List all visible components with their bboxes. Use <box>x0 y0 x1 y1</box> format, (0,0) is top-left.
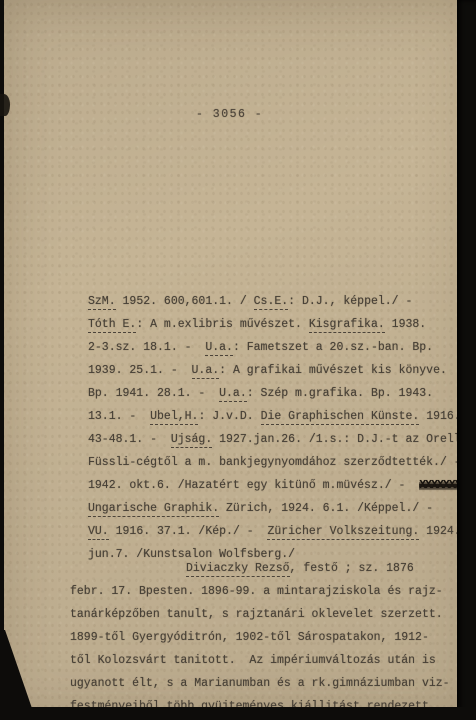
text-segment: : A m.exlibris művészet. <box>136 318 309 331</box>
entry-block: Diviaczky Rezső, festő ; sz. 1876febr. 1… <box>70 557 450 718</box>
text-line: Bp. 1941. 28.1. - U.a.: Szép m.grafika. … <box>88 382 461 405</box>
text-line: febr. 17. Bpesten. 1896-99. a mintarajzi… <box>70 580 450 603</box>
page-number: - 3056 - <box>196 108 263 121</box>
scanned-page: - 3056 - SzM. 1952. 600,601.1. / Cs.E.: … <box>0 0 476 720</box>
underlined-text: Kisgrafika. <box>309 318 385 333</box>
text-line: től Kolozsvárt tanitott. Az impériumvált… <box>70 649 450 672</box>
underlined-text: Diviaczky Rezső <box>186 562 290 577</box>
text-segment: 1916. <box>419 410 460 423</box>
text-line: SzM. 1952. 600,601.1. / Cs.E.: D.J., kép… <box>88 290 461 313</box>
underlined-text: Ungarische Graphik. <box>88 502 219 517</box>
text-line: 1942. okt.6. /Hazatért egy kitünő m.müvé… <box>88 474 461 497</box>
text-segment: : Szép m.grafika. Bp. 1943. <box>247 387 433 400</box>
scan-edge-right <box>457 0 476 720</box>
text-segment: ugyanott élt, s a Marianumban és a rk.gi… <box>70 677 450 690</box>
struck-text: XXXXXXX <box>419 479 460 492</box>
text-segment: 2-3.sz. 18.1. - <box>88 341 205 354</box>
text-segment: , festő ; sz. 1876 <box>290 562 414 575</box>
text-segment: : A grafikai művészet kis könyve. <box>219 364 447 377</box>
underlined-text: Die Graphischen Künste. <box>261 410 420 425</box>
text-segment: 1952. 600,601.1. / <box>116 295 254 308</box>
text-segment: Bp. 1941. 28.1. - <box>88 387 219 400</box>
text-segment: 1942. okt.6. /Hazatért egy kitünő m.müvé… <box>88 479 419 492</box>
text-line: Ungarische Graphik. Zürich, 1924. 6.1. /… <box>88 497 461 520</box>
text-segment: : J.v.D. <box>198 410 260 423</box>
scan-edge-bottom <box>0 707 476 720</box>
underlined-text: Züricher Volkszeitung. <box>267 525 419 540</box>
underlined-text: U.a. <box>219 387 247 402</box>
text-line: 2-3.sz. 18.1. - U.a.: Fametszet a 20.sz.… <box>88 336 461 359</box>
text-line: 13.1. - Ubel,H.: J.v.D. Die Graphischen … <box>88 405 461 428</box>
text-segment: febr. 17. Bpesten. 1896-99. a mintarajzi… <box>70 585 443 598</box>
text-line: ugyanott élt, s a Marianumban és a rk.gi… <box>70 672 450 695</box>
text-segment: 1939. 25.1. - <box>88 364 192 377</box>
scan-smudge <box>0 94 10 116</box>
underlined-text: Tóth E. <box>88 318 136 333</box>
text-segment: Füssli-cégtől a m. bankjegynyomdához sze… <box>88 456 461 469</box>
text-segment: től Kolozsvárt tanitott. Az impériumvált… <box>70 654 436 667</box>
text-segment: 1938. <box>385 318 426 331</box>
text-segment: 13.1. - <box>88 410 150 423</box>
bibliography-block: SzM. 1952. 600,601.1. / Cs.E.: D.J., kép… <box>88 290 461 566</box>
underlined-text: VU. <box>88 525 109 540</box>
underlined-text: Cs.E. <box>254 295 289 310</box>
text-line: 1899-től Gyergyóditrón, 1902-től Sárospa… <box>70 626 450 649</box>
screenshot-root: { "colors": { "paper": "#c5b495", "ink":… <box>0 0 476 720</box>
text-segment: 43-48.1. - <box>88 433 171 446</box>
text-segment: 1927.jan.26. /1.s.: D.J.-t az Orell <box>212 433 460 446</box>
text-segment: 1924. <box>419 525 460 538</box>
text-segment: Zürich, 1924. 6.1. /Képpel./ - <box>219 502 433 515</box>
underlined-text: Ubel,H. <box>150 410 198 425</box>
text-line: tanárképzőben tanult, s rajztanári oklev… <box>70 603 450 626</box>
underlined-text: U.a. <box>205 341 233 356</box>
text-line: Füssli-cégtől a m. bankjegynyomdához sze… <box>88 451 461 474</box>
text-line: 43-48.1. - Ujság. 1927.jan.26. /1.s.: D.… <box>88 428 461 451</box>
text-segment: tanárképzőben tanult, s rajztanári oklev… <box>70 608 443 621</box>
text-line: 1939. 25.1. - U.a.: A grafikai művészet … <box>88 359 461 382</box>
text-line: VU. 1916. 37.1. /Kép./ - Züricher Volksz… <box>88 520 461 543</box>
underlined-text: U.a. <box>192 364 220 379</box>
underlined-text: Ujság. <box>171 433 212 448</box>
text-segment: : Fametszet a 20.sz.-ban. Bp. <box>233 341 433 354</box>
text-segment: : D.J., képpel./ - <box>288 295 412 308</box>
text-line: Tóth E.: A m.exlibris művészet. Kisgrafi… <box>88 313 461 336</box>
underlined-text: SzM. <box>88 295 116 310</box>
text-segment: 1916. 37.1. /Kép./ - <box>109 525 268 538</box>
text-line: Diviaczky Rezső, festő ; sz. 1876 <box>70 557 450 580</box>
text-segment: 1899-től Gyergyóditrón, 1902-től Sárospa… <box>70 631 429 644</box>
